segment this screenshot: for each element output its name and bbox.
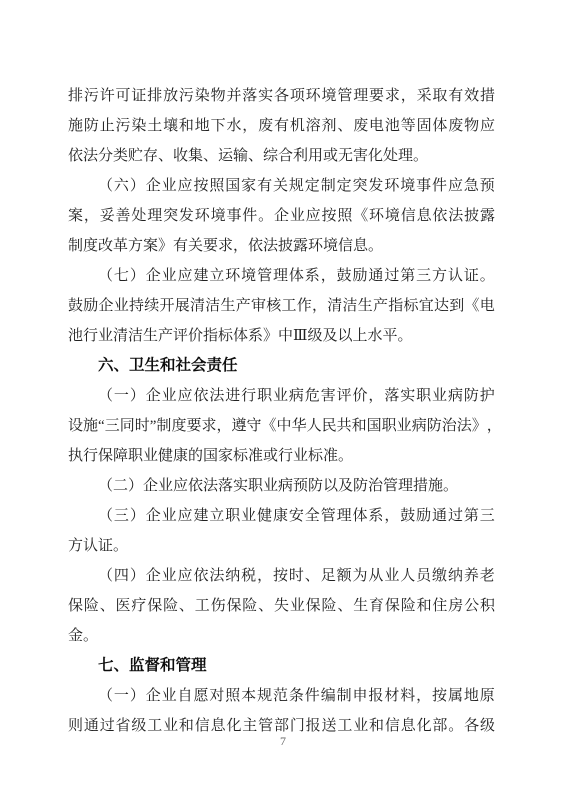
text-line: 保险、医疗保险、工伤保险、失业保险、生育保险和住房公积 xyxy=(68,591,495,621)
text-line: 方认证。 xyxy=(68,531,495,561)
text-line: （六）企业应按照国家有关规定制定突发环境事件应急预 xyxy=(68,171,495,201)
text-line: （二）企业应依法落实职业病预防以及防治管理措施。 xyxy=(68,471,495,501)
text-line: 池行业清洁生产评价指标体系》中Ⅲ级及以上水平。 xyxy=(68,321,495,351)
text-block: 排污许可证排放污染物并落实各项环境管理要求，采取有效措施防止污染土壤和地下水，废… xyxy=(68,81,495,741)
text-line: 排污许可证排放污染物并落实各项环境管理要求，采取有效措 xyxy=(68,81,495,111)
text-line: 设施“三同时”制度要求，遵守《中华人民共和国职业病防治法》， xyxy=(68,411,495,441)
page-number: 7 xyxy=(0,734,566,749)
text-line: 施防止污染土壤和地下水，废有机溶剂、废电池等固体废物应 xyxy=(68,111,495,141)
text-line: （一）企业应依法进行职业病危害评价，落实职业病防护 xyxy=(68,381,495,411)
section-heading: 六、卫生和社会责任 xyxy=(68,351,495,381)
text-line: （四）企业应依法纳税，按时、足额为从业人员缴纳养老 xyxy=(68,561,495,591)
text-line: （三）企业应建立职业健康安全管理体系，鼓励通过第三 xyxy=(68,501,495,531)
text-line: （七）企业应建立环境管理体系，鼓励通过第三方认证。 xyxy=(68,261,495,291)
text-line: （一）企业自愿对照本规范条件编制申报材料，按属地原 xyxy=(68,681,495,711)
text-line: 鼓励企业持续开展清洁生产审核工作，清洁生产指标宜达到《电 xyxy=(68,291,495,321)
text-line: 案，妥善处理突发环境事件。企业应按照《环境信息依法披露 xyxy=(68,201,495,231)
text-line: 依法分类贮存、收集、运输、综合利用或无害化处理。 xyxy=(68,141,495,171)
text-line: 执行保障职业健康的国家标准或行业标准。 xyxy=(68,441,495,471)
section-heading: 七、监督和管理 xyxy=(68,651,495,681)
text-line: 制度改革方案》有关要求，依法披露环境信息。 xyxy=(68,231,495,261)
text-line: 金。 xyxy=(68,621,495,651)
document-page: 排污许可证排放污染物并落实各项环境管理要求，采取有效措施防止污染土壤和地下水，废… xyxy=(0,0,566,800)
